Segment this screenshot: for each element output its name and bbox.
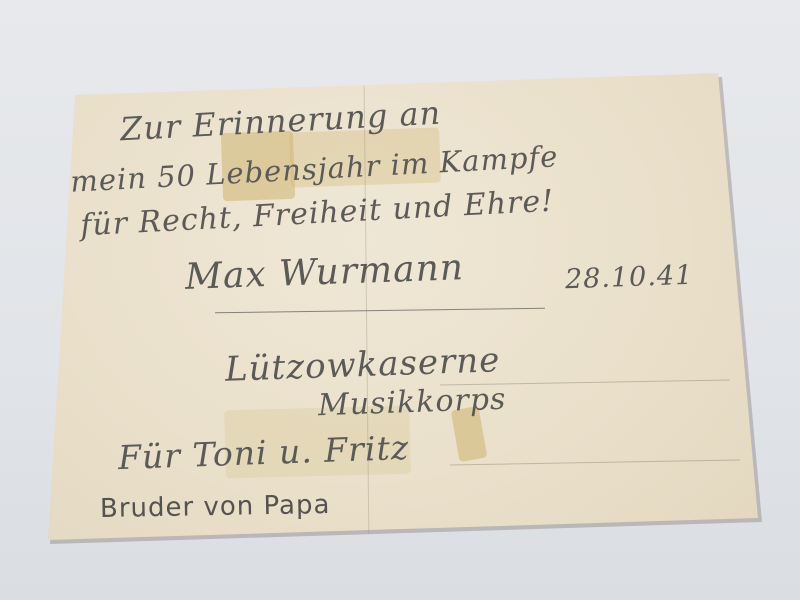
date: 28.10.41 [564, 260, 693, 295]
line-musikkorps: Musikkorps [317, 382, 506, 424]
pencil-note: Bruder von Papa [100, 490, 331, 524]
